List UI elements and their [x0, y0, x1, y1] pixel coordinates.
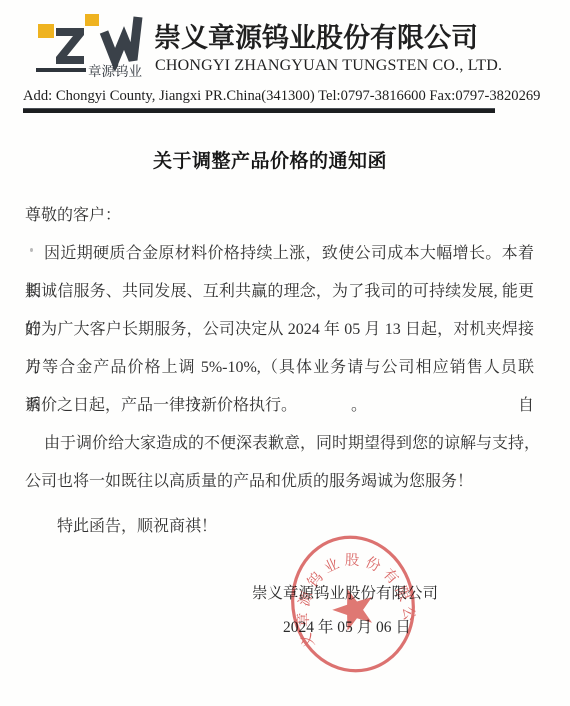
body-line: 因近期硬质合金原材料价格持续上涨，致使公司成本大幅增长。本着长: [25, 235, 534, 273]
logo-accent-square-left: [38, 24, 54, 38]
salutation: 尊敬的客户：: [25, 197, 534, 235]
address-line: Add: Chongyi County, Jiangxi PR.China(34…: [23, 88, 543, 105]
body-line: 期诚信服务、共同发展、互利共赢的理念，为了我司的可持续发展, 能更好: [25, 273, 534, 311]
company-name-cn: 崇义章源钨业股份有限公司: [154, 16, 494, 55]
letter-body: 尊敬的客户： 因近期硬质合金原材料价格持续上涨，致使公司成本大幅增长。本着长 期…: [25, 197, 534, 546]
letter-page: 章源钨业 崇义章源钨业股份有限公司 CHONGYI ZHANGYUAN TUNG…: [0, 0, 570, 706]
company-name-en: CHONGYI ZHANGYUAN TUNGSTEN CO., LTD.: [155, 57, 495, 75]
logo-underline: [36, 68, 86, 72]
logo-accent-square-dot: [85, 14, 99, 26]
seal-group: 崇义章源钨业股份有限公司: [288, 531, 418, 677]
header-divider: [23, 108, 495, 113]
company-logo: 章源钨业: [30, 12, 148, 82]
logo-brand-text: 章源钨业: [88, 63, 142, 79]
company-seal-stamp: 崇义章源钨业股份有限公司: [288, 531, 418, 677]
logo-letter-z: [56, 28, 84, 64]
logo-letter-w: [104, 17, 138, 60]
body-line: 片等合金产品价格上调 5%-10%,（具体业务请与公司相应销售人员联系）。自: [25, 349, 534, 387]
letter-title: 关于调整产品价格的通知函: [0, 146, 540, 173]
seal-star-icon: [328, 582, 380, 633]
body-line: 由于调价给大家造成的不便深表歉意，同时期望得到您的谅解与支持，: [25, 425, 534, 463]
closing-line: 特此函告，顺祝商祺！: [25, 508, 534, 546]
body-line: 公司也将一如既往以高质量的产品和优质的服务竭诚为您服务！: [25, 463, 534, 501]
scan-artifact-dot: [30, 248, 33, 252]
body-line: 的为广大客户长期服务，公司决定从 2024 年 05 月 13 日起，对机夹焊接…: [25, 311, 534, 349]
